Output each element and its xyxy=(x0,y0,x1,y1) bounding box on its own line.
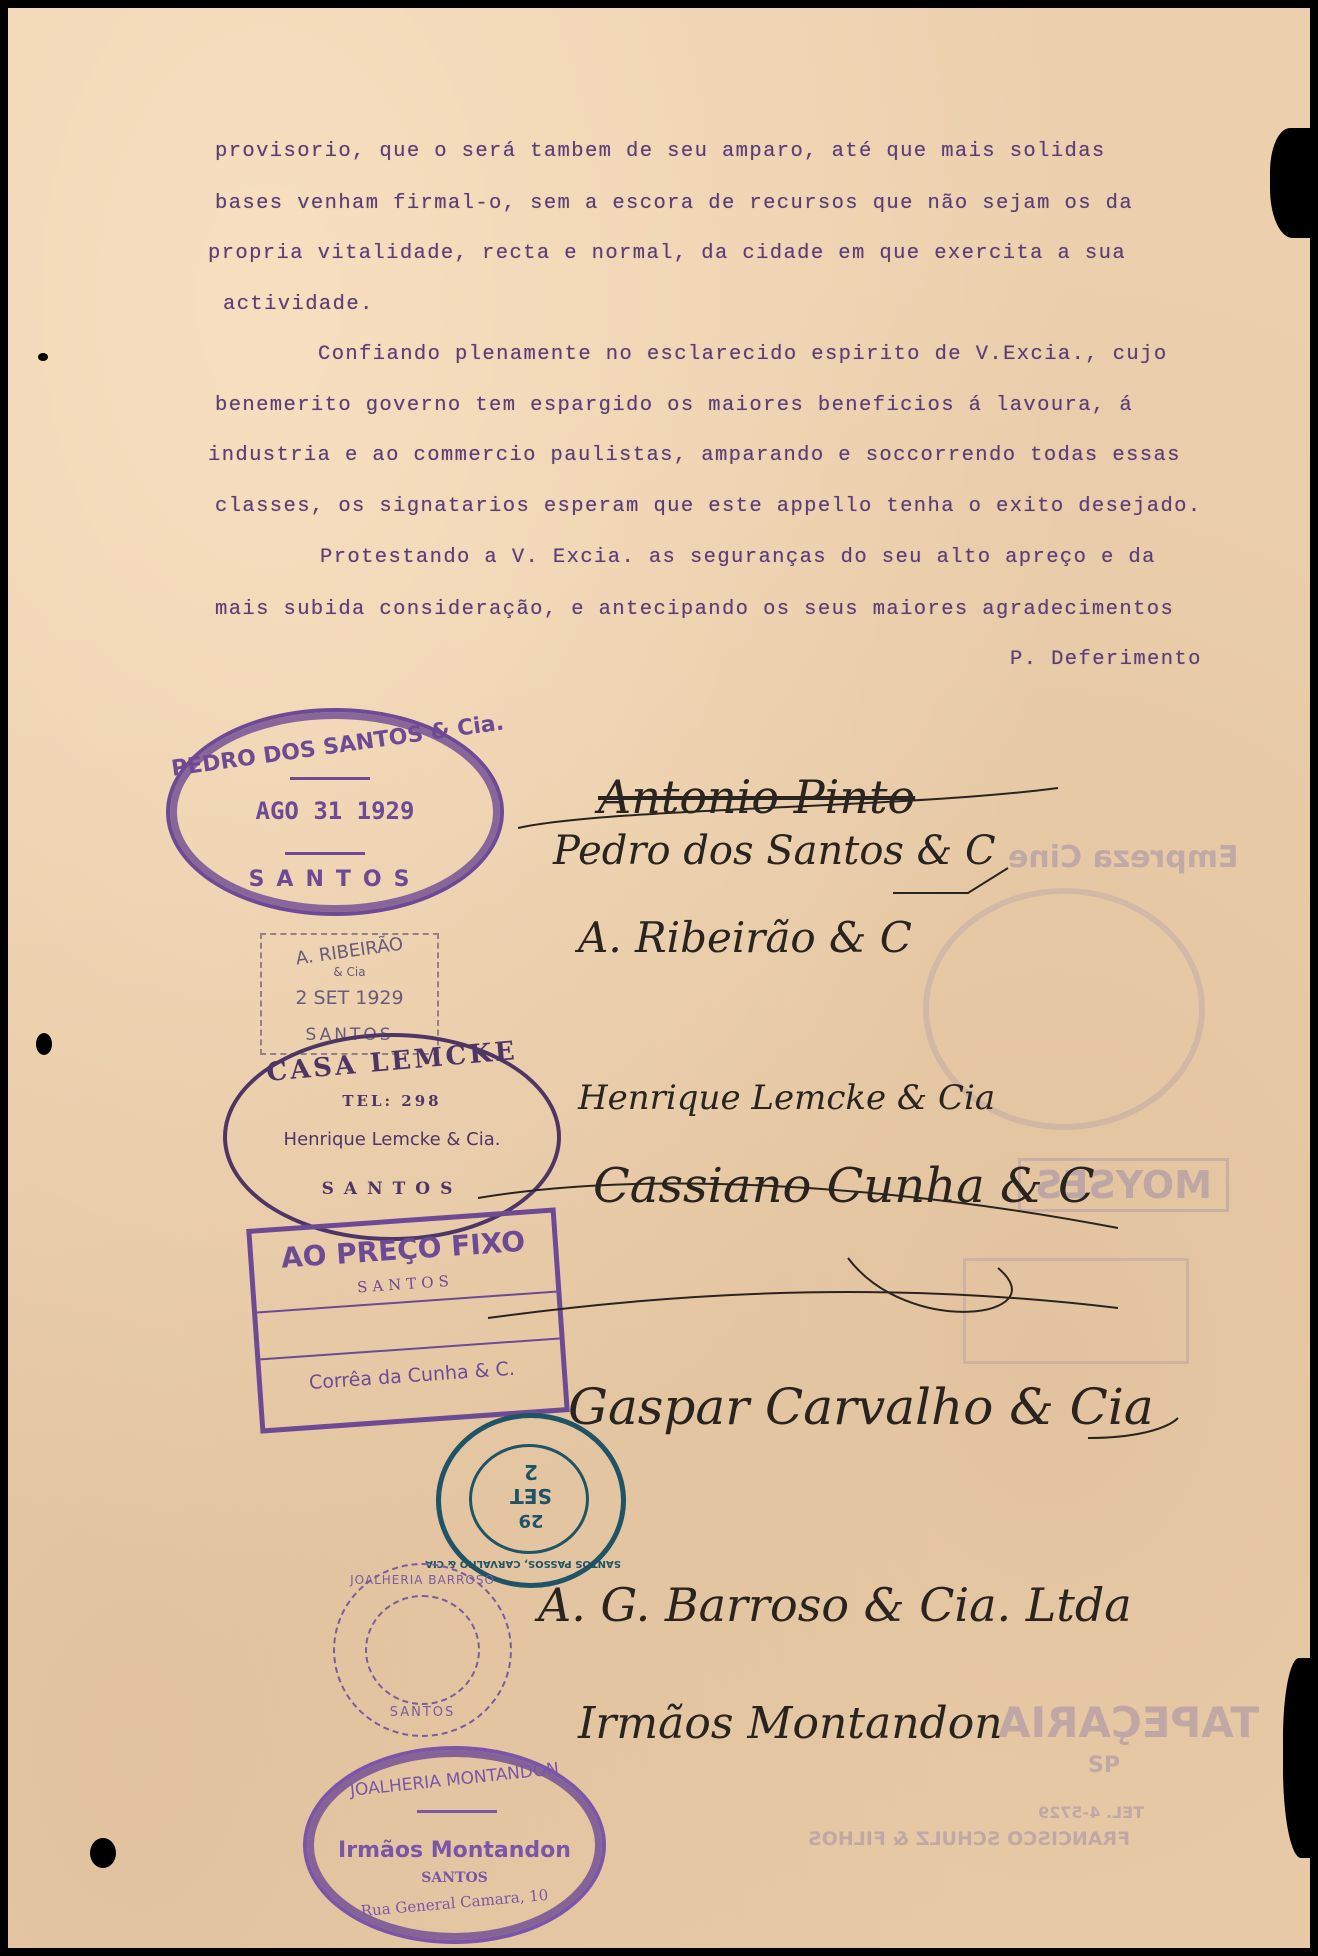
document-page: Empreza Cine MOYSES TAPEÇARIA SP TEL. 4-… xyxy=(8,8,1310,1948)
signature-flourish xyxy=(8,8,1318,1956)
